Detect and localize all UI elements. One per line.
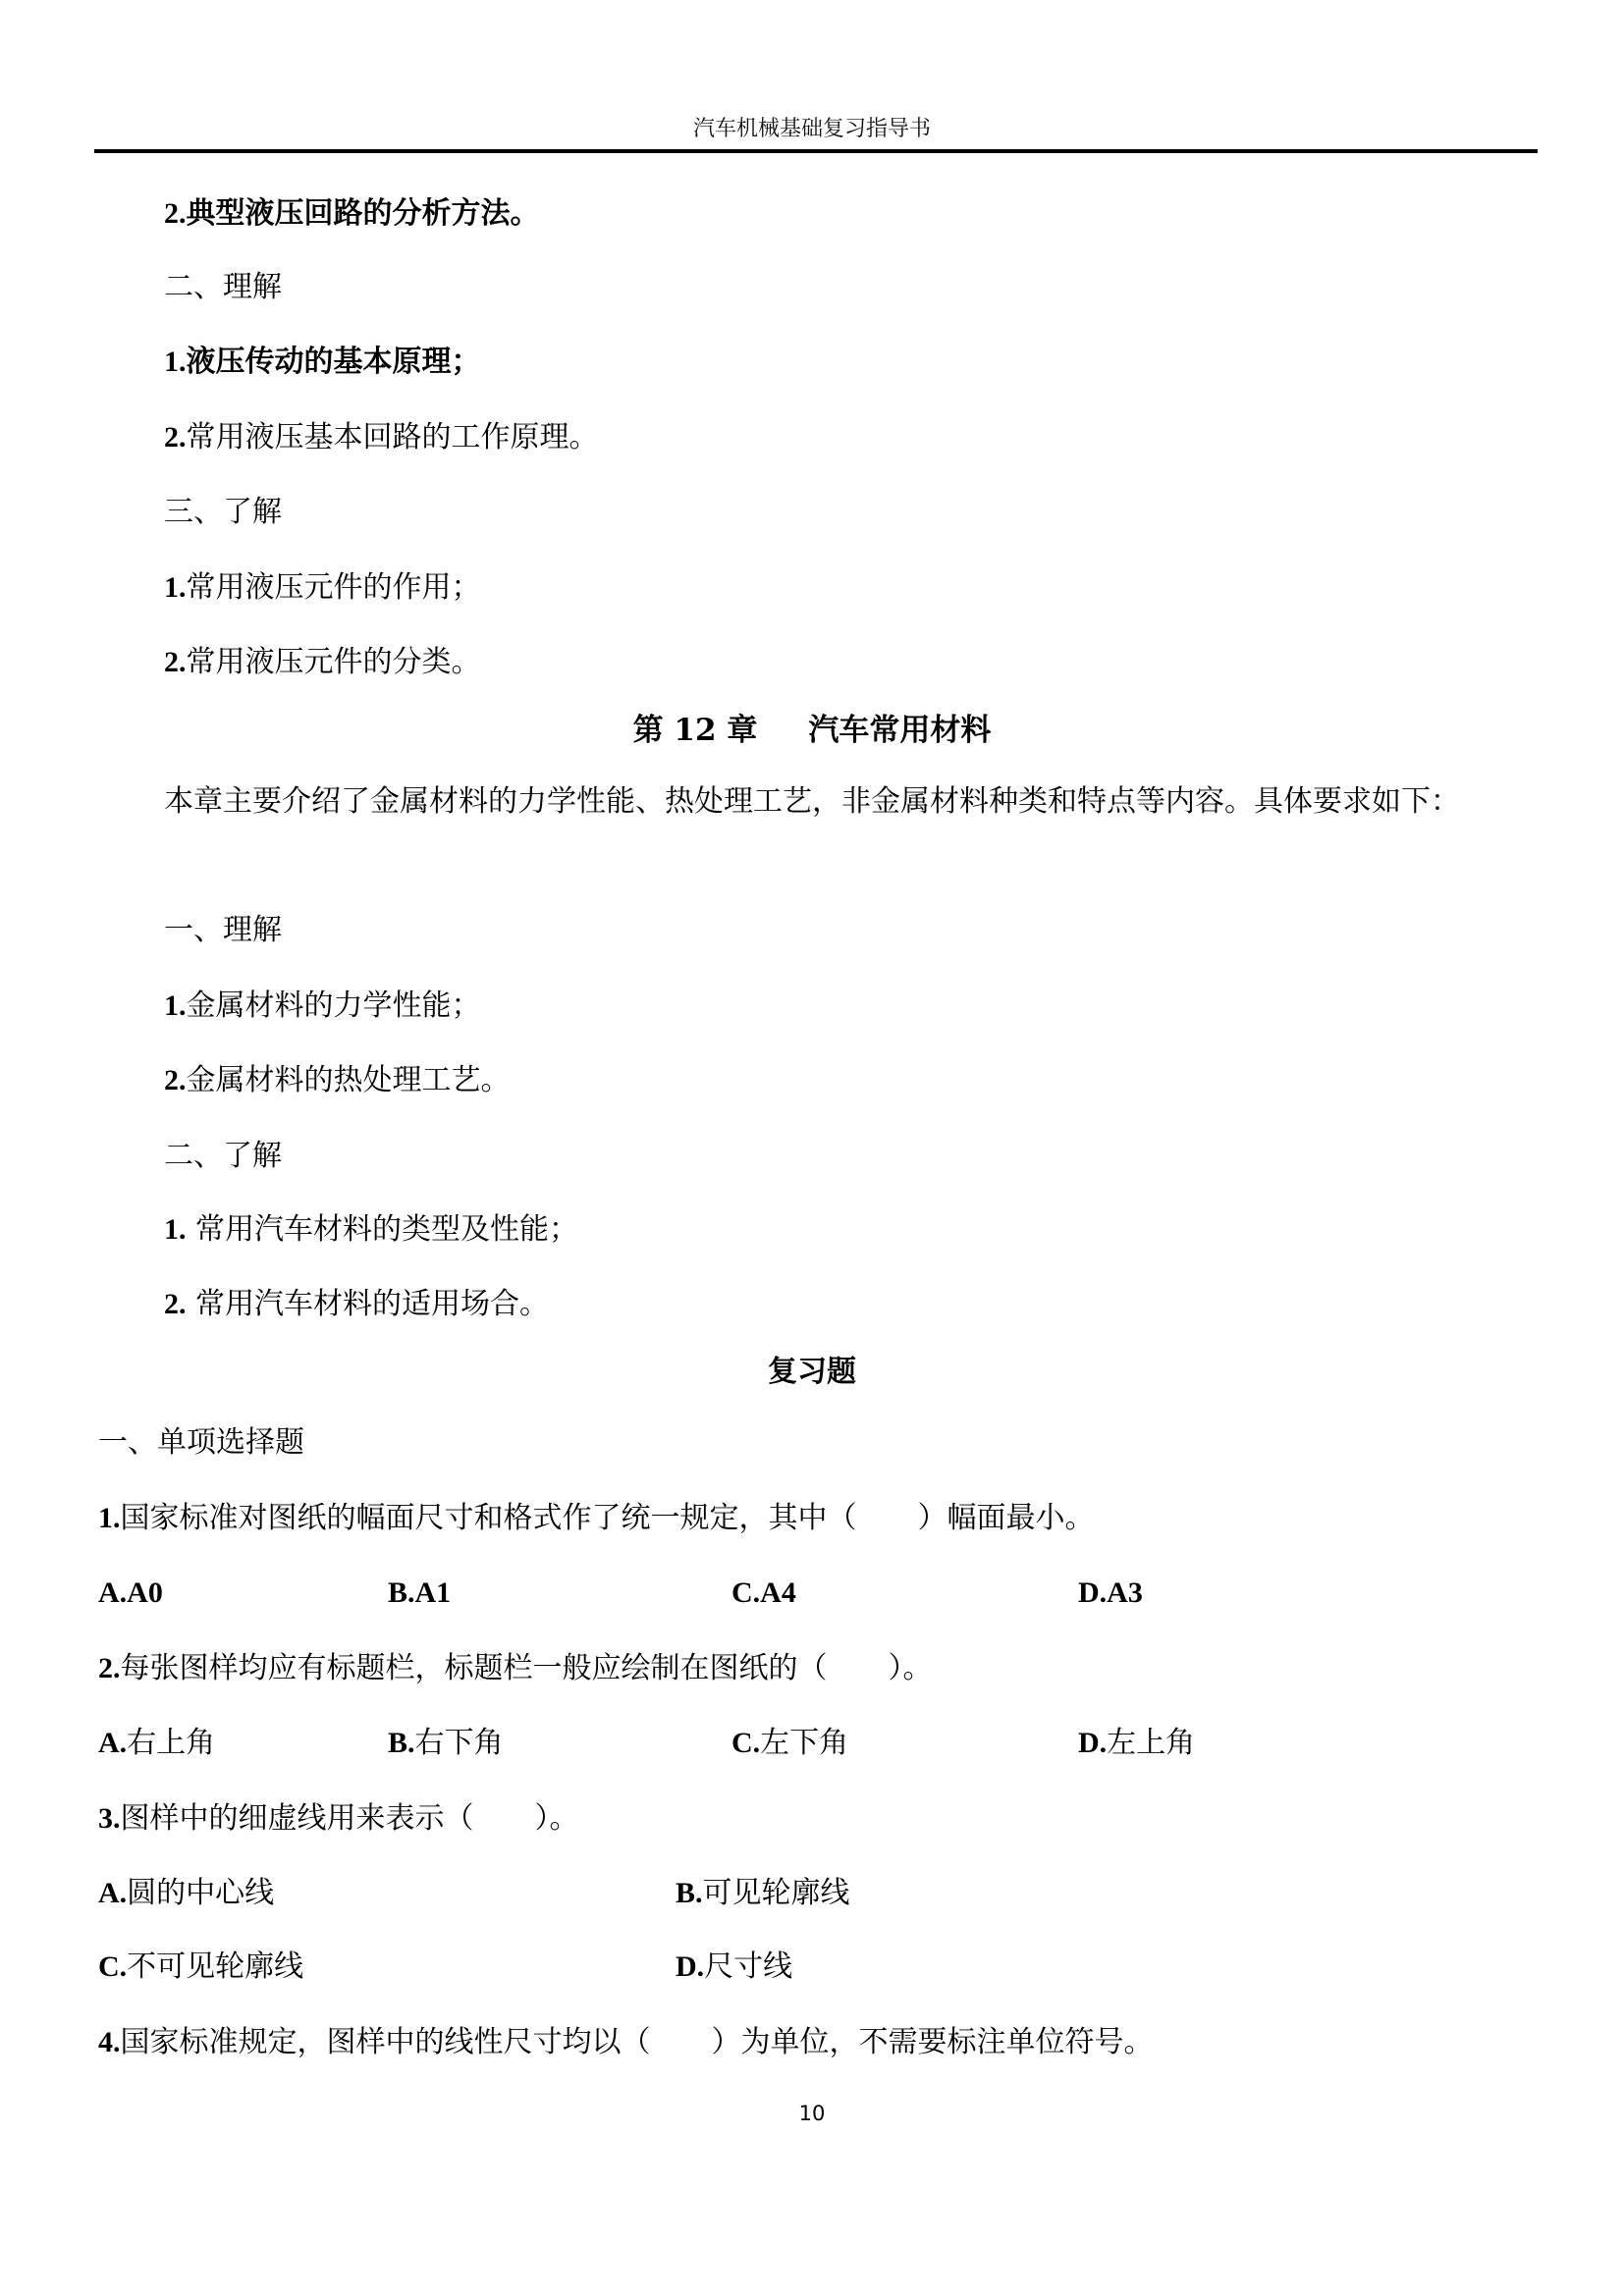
header-rule: [94, 149, 1538, 153]
question-text-end: ）。: [889, 1651, 933, 1685]
q1-option-d: D.A3: [1078, 1575, 1143, 1611]
question-3: 3.图样中的细虚线用来表示（）。: [98, 1801, 579, 1837]
item-text: 常用汽车材料的类型及性能；: [187, 1212, 579, 1247]
chapter-understand-item-2: 2.金属材料的热处理工艺。: [164, 1063, 511, 1098]
chapter-understand-item-1: 1.金属材料的力学性能；: [164, 988, 481, 1024]
q2-option-c: C.左下角: [731, 1726, 848, 1761]
item-number: 2.: [164, 1064, 187, 1096]
chapter-know-heading: 二、了解: [164, 1139, 282, 1174]
chapter-heading: 第 12 章汽车常用材料: [0, 713, 1624, 748]
page-number: 10: [0, 2101, 1624, 2126]
chapter-intro: 本章主要介绍了金属材料的力学性能、热处理工艺，非金属材料种类和特点等内容。具体要…: [98, 775, 1538, 828]
section-heading-know: 三、了解: [164, 495, 282, 530]
master-item-2: 2.典型液压回路的分析方法。: [164, 196, 540, 232]
review-section-heading: 一、单项选择题: [98, 1425, 304, 1461]
item-text: 金属材料的热处理工艺。: [187, 1063, 511, 1097]
item-text: 常用液压元件的作用；: [187, 570, 481, 605]
item-text: 液压传动的基本原理；: [187, 345, 481, 379]
section-heading-understand: 二、理解: [164, 270, 282, 305]
item-number: 2.: [164, 421, 187, 454]
item-number: 2.: [164, 197, 187, 230]
document-page: 汽车机械基础复习指导书 2.典型液压回路的分析方法。 二、理解 1.液压传动的基…: [0, 0, 1624, 2296]
item-number: 1.: [164, 571, 187, 604]
item-number: 2.: [164, 646, 187, 678]
q2-option-b: B.右下角: [388, 1726, 504, 1761]
know-item-1: 1.常用液压元件的作用；: [164, 570, 481, 606]
chapter-understand-heading: 一、理解: [164, 913, 282, 948]
understand-item-2: 2.常用液压基本回路的工作原理。: [164, 420, 599, 455]
question-text: 每张图样均应有标题栏，标题栏一般应绘制在图纸的（: [121, 1651, 828, 1685]
chapter-know-item-2: 2. 常用汽车材料的适用场合。: [164, 1287, 549, 1322]
item-number: 1.: [164, 989, 187, 1022]
q2-option-d: D.左上角: [1078, 1726, 1195, 1761]
item-text: 常用液压元件的分类。: [187, 645, 481, 679]
question-text: 国家标准对图纸的幅面尺寸和格式作了统一规定，其中（: [121, 1501, 857, 1535]
q1-option-a: A.A0: [98, 1575, 163, 1611]
item-text: 金属材料的力学性能；: [187, 988, 481, 1023]
question-text-end: ）。: [535, 1801, 579, 1836]
understand-item-1: 1.液压传动的基本原理；: [164, 345, 481, 380]
review-title: 复习题: [0, 1355, 1624, 1390]
question-number: 1.: [98, 1502, 121, 1534]
item-number: 1.: [164, 1213, 187, 1246]
q1-option-c: C.A4: [731, 1575, 796, 1611]
q3-option-a: A.圆的中心线: [98, 1876, 274, 1911]
question-4: 4.国家标准规定，图样中的线性尺寸均以（）为单位，不需要标注单位符号。: [98, 2025, 1154, 2060]
question-number: 2.: [98, 1652, 121, 1684]
item-number: 1.: [164, 346, 187, 378]
q1-option-b: B.A1: [388, 1575, 451, 1611]
item-number: 2.: [164, 1288, 187, 1320]
question-text: 国家标准规定，图样中的线性尺寸均以（: [121, 2025, 651, 2059]
q3-option-b: B.可见轮廓线: [676, 1876, 850, 1911]
q3-option-c: C.不可见轮廓线: [98, 1949, 303, 1985]
know-item-2: 2.常用液压元件的分类。: [164, 645, 481, 680]
chapter-label: 第 12 章: [633, 713, 758, 748]
item-text: 常用液压基本回路的工作原理。: [187, 420, 599, 454]
question-number: 3.: [98, 1802, 121, 1835]
item-text: 典型液压回路的分析方法。: [187, 196, 540, 231]
question-text-end: ）幅面最小。: [918, 1501, 1095, 1535]
question-1: 1.国家标准对图纸的幅面尺寸和格式作了统一规定，其中（）幅面最小。: [98, 1501, 1095, 1536]
question-number: 4.: [98, 2026, 121, 2058]
chapter-know-item-1: 1. 常用汽车材料的类型及性能；: [164, 1212, 578, 1248]
chapter-title: 汽车常用材料: [808, 713, 991, 748]
question-text-end: ）为单位，不需要标注单位符号。: [712, 2025, 1154, 2059]
question-2: 2.每张图样均应有标题栏，标题栏一般应绘制在图纸的（）。: [98, 1651, 933, 1686]
running-header: 汽车机械基础复习指导书: [0, 116, 1624, 143]
question-text: 图样中的细虚线用来表示（: [121, 1801, 474, 1836]
q2-option-a: A.右上角: [98, 1726, 215, 1761]
item-text: 常用汽车材料的适用场合。: [187, 1287, 550, 1321]
q3-option-d: D.尺寸线: [676, 1949, 792, 1985]
